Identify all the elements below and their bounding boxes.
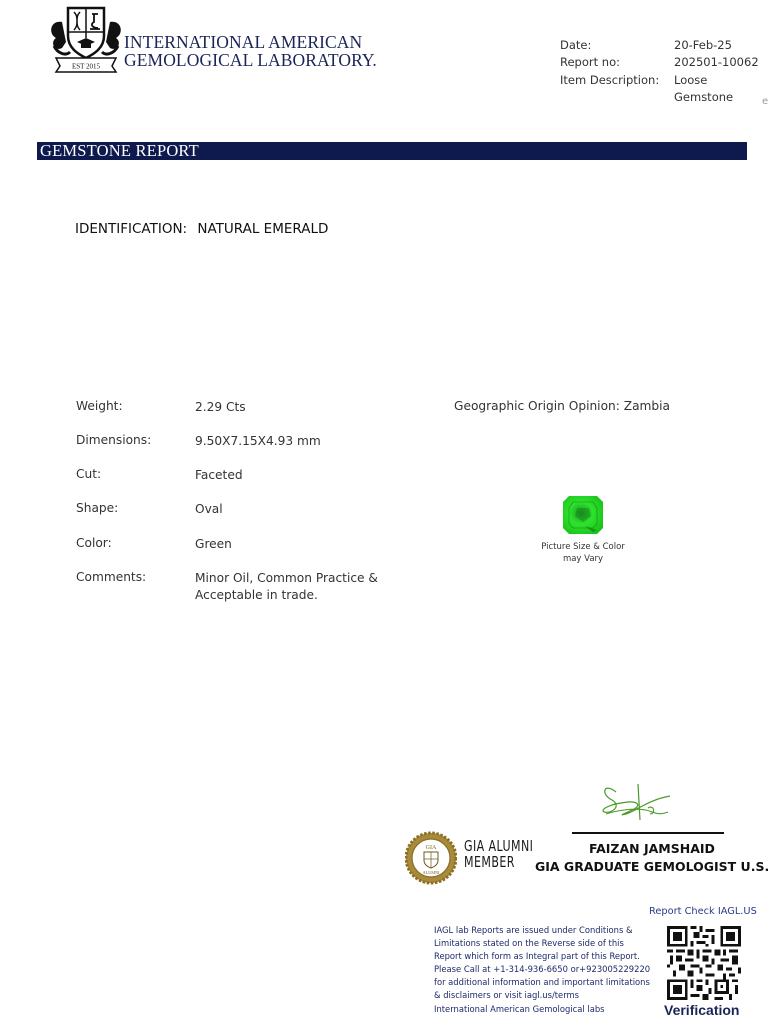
signer-name: FAIZAN JAMSHAID <box>589 841 715 856</box>
gemstone-image <box>563 496 603 534</box>
detail-value: 2.29 Cts <box>195 399 246 416</box>
detail-label: Weight: <box>76 399 123 413</box>
verification-label: Verification <box>664 1002 739 1018</box>
signature-line <box>572 832 724 834</box>
item-description-label: Item Description: <box>560 72 659 89</box>
signature <box>598 780 678 830</box>
svg-text:EST 2015: EST 2015 <box>72 63 101 71</box>
lab-name-line2: GEMOLOGICAL LABORATORY. <box>124 51 377 69</box>
detail-value: Green <box>195 536 232 553</box>
comments-line1: Minor Oil, Common Practice & <box>195 570 378 587</box>
report-meta-values: 20-Feb-25 202501-10062 Loose Gemstone <box>674 37 769 106</box>
lab-name: INTERNATIONAL AMERICAN GEMOLOGICAL LABOR… <box>124 33 377 69</box>
report-banner-title: GEMSTONE REPORT <box>40 142 199 160</box>
clipped-text-fragment: e <box>762 96 768 107</box>
identification-value: NATURAL EMERALD <box>197 221 328 237</box>
gia-alumni-seal-icon: GIA ALUMNI <box>405 830 457 886</box>
detail-label: Color: <box>76 536 112 550</box>
detail-label: Dimensions: <box>76 433 151 447</box>
item-description-value: Loose Gemstone <box>674 72 769 107</box>
identification-label: IDENTIFICATION: <box>75 221 187 237</box>
date-value: 20-Feb-25 <box>674 37 769 54</box>
detail-value: 9.50X7.15X4.93 mm <box>195 433 321 450</box>
report-check-label: Report Check IAGL.US <box>649 906 757 917</box>
disclaimer-text: IAGL lab Reports are issued under Condit… <box>434 924 664 1016</box>
geographic-origin: Geographic Origin Opinion: Zambia <box>454 399 670 413</box>
lab-name-line1: INTERNATIONAL AMERICAN <box>124 33 377 51</box>
detail-value: Faceted <box>195 467 243 484</box>
date-label: Date: <box>560 37 659 54</box>
svg-text:ALUMNI: ALUMNI <box>423 870 440 875</box>
report-no-label: Report no: <box>560 54 659 71</box>
report-banner: GEMSTONE REPORT <box>37 142 747 160</box>
gia-alumni-member-text: GIA ALUMNI MEMBER <box>464 838 533 870</box>
detail-label: Cut: <box>76 467 101 481</box>
detail-value: Minor Oil, Common Practice & Acceptable … <box>195 570 378 604</box>
comments-line2: Acceptable in trade. <box>195 587 378 604</box>
detail-label: Shape: <box>76 501 118 515</box>
gemstone-image-caption: Picture Size & Color may Vary <box>530 541 636 565</box>
detail-label: Comments: <box>76 570 146 584</box>
signer-title: GIA GRADUATE GEMOLOGIST U.S.A <box>535 859 769 874</box>
report-no-value: 202501-10062 <box>674 54 769 71</box>
qr-code-icon[interactable] <box>666 926 742 1000</box>
report-meta-labels: Date: Report no: Item Description: <box>560 37 659 89</box>
svg-text:GIA: GIA <box>426 845 437 851</box>
identification: IDENTIFICATION: NATURAL EMERALD <box>75 221 328 237</box>
detail-value: Oval <box>195 501 223 518</box>
lab-crest-logo: EST 2015 <box>48 2 124 74</box>
